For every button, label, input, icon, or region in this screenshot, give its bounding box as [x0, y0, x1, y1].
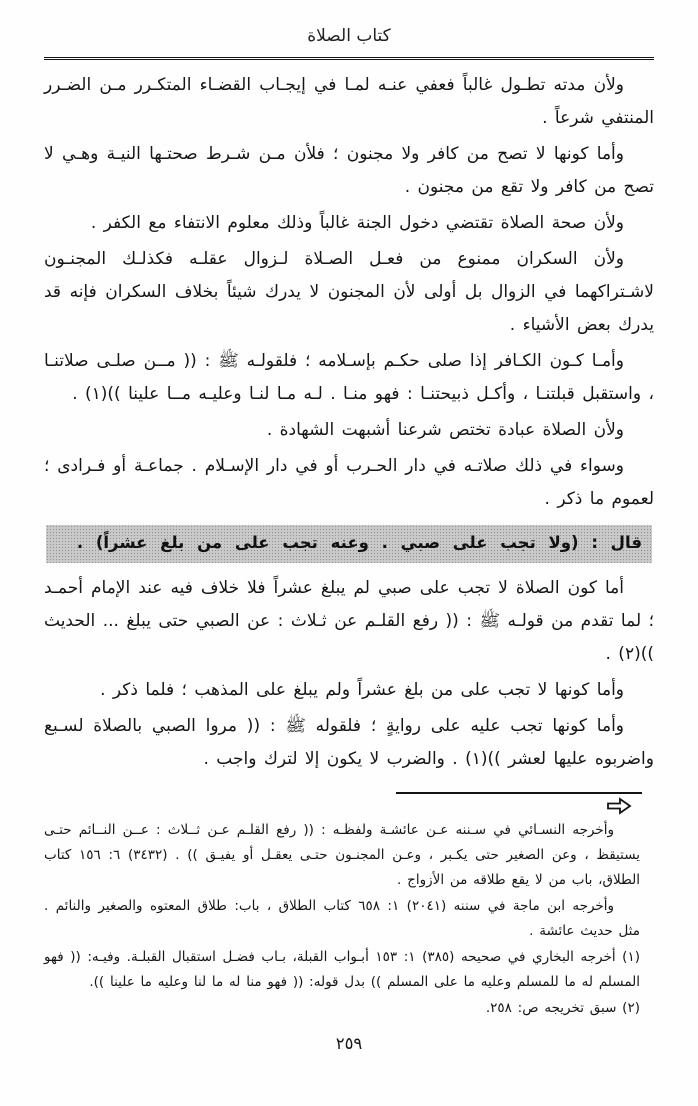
body-paragraph: ولأن مدته تطـول غالباً فعفي عنـه لمـا في…	[44, 69, 654, 135]
continuation-arrow-icon	[44, 794, 654, 818]
body-paragraph: ولأن السكران ممنوع من فعـل الصـلاة لـزوا…	[44, 243, 654, 342]
header-rule	[44, 57, 654, 60]
footnote-continued-list: وأخرجه النسـائي في سـننه عـن عائشـة ولفظ…	[44, 818, 654, 944]
book-page: كتاب الصلاة ولأن مدته تطـول غالباً فعفي …	[0, 0, 698, 1106]
body-paragraph: ولأن صحة الصلاة تقتضي دخول الجنة غالباً …	[44, 207, 654, 240]
footnote-continued: وأخرجه ابن ماجة في سننه (٢٠٤١) ١: ٦٥٨ كت…	[44, 894, 654, 944]
page-header: كتاب الصلاة	[44, 26, 654, 60]
paragraphs-before-heading: ولأن مدته تطـول غالباً فعفي عنـه لمـا في…	[44, 69, 654, 516]
body-paragraph: أما كون الصلاة لا تجب على صبي لم يبلغ عش…	[44, 572, 654, 671]
paragraphs-after-heading: أما كون الصلاة لا تجب على صبي لم يبلغ عش…	[44, 572, 654, 776]
footnote-item: (٢) سبق تخريجه ص: ٢٥٨.	[44, 996, 654, 1021]
footnote-item: (١) أخرجه البخاري في صحيحه (٣٨٥) ١: ١٥٣ …	[44, 945, 654, 995]
footnote-continued: وأخرجه النسـائي في سـننه عـن عائشـة ولفظ…	[44, 818, 654, 893]
body-paragraph: وأما كونها لا تصح من كافر ولا مجنون ؛ فل…	[44, 138, 654, 204]
chapter-title: كتاب الصلاة	[44, 26, 654, 46]
main-text: ولأن مدته تطـول غالباً فعفي عنـه لمـا في…	[44, 69, 654, 776]
body-paragraph: وأمـا كـون الكـافر إذا صلى حكـم بإسـلامه…	[44, 345, 654, 411]
footnotes-section: وأخرجه النسـائي في سـننه عـن عائشـة ولفظ…	[44, 792, 654, 1021]
body-paragraph: ولأن الصلاة عبادة تختص شرعنا أشبهت الشها…	[44, 414, 654, 447]
body-paragraph: وأما كونها تجب عليه على روايةٍ ؛ فلقوله …	[44, 710, 654, 776]
page-number: ٢٥٩	[44, 1034, 654, 1053]
body-paragraph: وأما كونها لا تجب على من بلغ عشراً ولم ي…	[44, 674, 654, 707]
matn-heading: قال : (ولا تجب على صبي . وعنه تجب على من…	[46, 525, 652, 563]
matn-heading-text: قال : (ولا تجب على صبي . وعنه تجب على من…	[77, 533, 642, 552]
footnote-numbered-list: (١) أخرجه البخاري في صحيحه (٣٨٥) ١: ١٥٣ …	[44, 945, 654, 1021]
body-paragraph: وسواء في ذلك صلاتـه في دار الحـرب أو في …	[44, 450, 654, 516]
